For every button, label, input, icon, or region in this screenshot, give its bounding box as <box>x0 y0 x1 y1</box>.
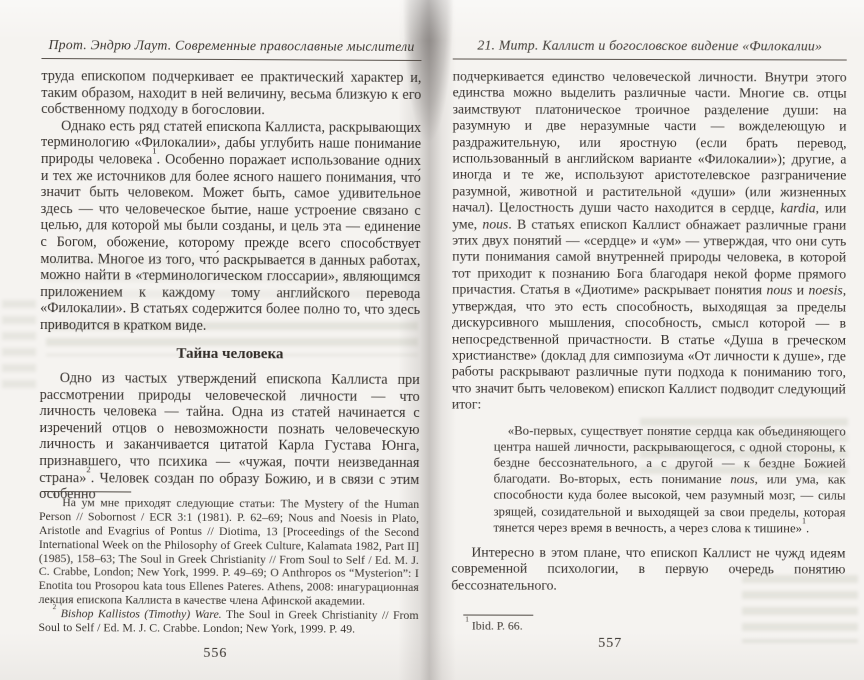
section-heading: Тайна человека <box>40 345 420 364</box>
paragraph: труда епископом подчеркивает ее практиче… <box>41 68 421 120</box>
running-header: 21. Митр. Каллист и богословское видение… <box>453 37 847 60</box>
page-right: 21. Митр. Каллист и богословское видение… <box>451 0 847 680</box>
footnote: 1 Ibid. P. 66. <box>451 620 845 635</box>
footnotes: 1 На ум мне приходят следующие статьи: T… <box>38 491 419 637</box>
bleedthrough-ghost <box>2 300 36 392</box>
page-number: 557 <box>413 635 807 652</box>
book-scan: Прот. Эндрю Лаут. Современные православн… <box>0 0 864 680</box>
page-number: 556 <box>25 645 405 663</box>
footnotes: 1 Ibid. P. 66. <box>451 615 845 635</box>
page-body: подчеркивается единство человеческой лич… <box>451 68 846 594</box>
footnote-separator <box>463 615 533 616</box>
footnote: 2 Bishop Kallistos (Timothy) Ware. The S… <box>38 607 418 637</box>
paragraph: подчеркивается единство человеческой лич… <box>452 68 847 414</box>
paragraph: Одно из частых утверждений епископа Калл… <box>39 370 420 505</box>
quote-text: «Во-первых, существует понятие сердца ка… <box>493 423 845 535</box>
page-left: Прот. Эндрю Лаут. Современные православн… <box>38 0 422 680</box>
running-header: Прот. Эндрю Лаут. Современные православн… <box>41 37 421 61</box>
paragraph: Однако есть ряд статей епископа Каллиста… <box>40 118 421 336</box>
footnote: 1 На ум мне приходят следующие статьи: T… <box>39 496 420 609</box>
page-body: труда епископом подчеркивает ее практиче… <box>39 68 421 505</box>
blockquote: «Во-первых, существует понятие сердца ка… <box>493 422 845 536</box>
paragraph: Интересно в этом плане, что епископ Калл… <box>451 544 845 594</box>
